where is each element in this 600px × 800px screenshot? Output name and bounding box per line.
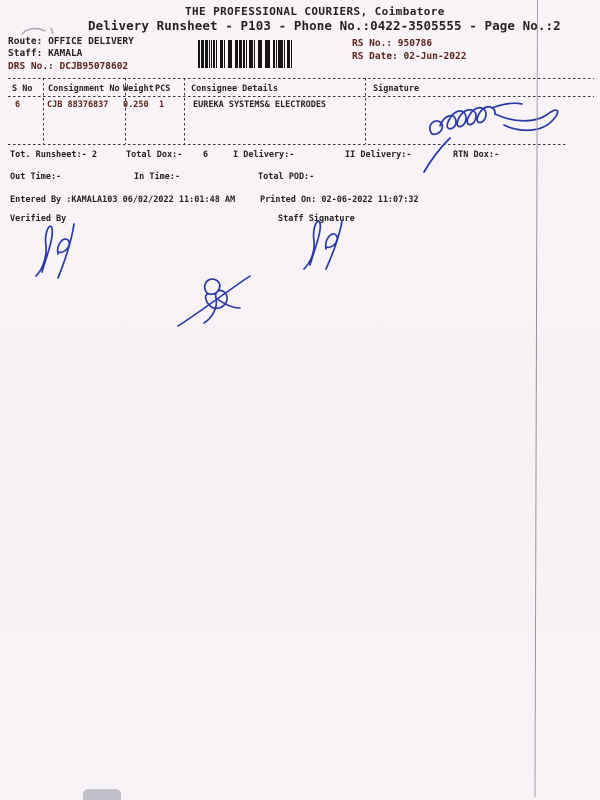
col-header-consignment-no: Consignment No: [48, 84, 120, 94]
route-line: Route: OFFICE DELIVERY: [8, 36, 134, 47]
tot-runsheet: Tot. Runsheet:- 2: [10, 150, 97, 160]
rtn-dox: RTN Dox:-: [453, 150, 499, 160]
cell-weight: 0.250: [123, 100, 149, 110]
drs-value: DCJB95078602: [60, 61, 129, 72]
scanned-delivery-runsheet: THE PROFESSIONAL COURIERS, Coimbatore De…: [0, 0, 600, 800]
col-header-s-no: S No: [12, 84, 32, 94]
staff-label: Staff:: [8, 48, 42, 59]
runsheet-title-line: Delivery Runsheet - P103 - Phone No.:042…: [88, 18, 561, 33]
staff-line: Staff: KAMALA: [8, 48, 82, 59]
col-header-consignee-details: Consignee Details: [191, 84, 278, 94]
rs-date-line: RS Date: 02-Jun-2022: [352, 51, 466, 62]
out-time: Out Time:-: [10, 172, 61, 182]
col-header-signature: Signature: [373, 84, 419, 94]
total-pod: Total POD:-: [258, 172, 314, 182]
rs-no-label: RS No.:: [352, 38, 392, 49]
rs-no-line: RS No.: 950786: [352, 38, 432, 49]
staff-value: KAMALA: [48, 48, 82, 59]
rs-date-label: RS Date:: [352, 51, 398, 62]
cell-consignment-no: CJB 88376837: [47, 100, 108, 110]
cell-s-no: 6: [15, 100, 20, 110]
extra-signature-ink-icon: [172, 268, 257, 330]
i-delivery: I Delivery:-: [233, 150, 294, 160]
drs-line: DRS No.: DCJB95078602: [8, 61, 128, 72]
runner-signature-ink-icon: [416, 98, 568, 176]
rs-no-value: 950786: [398, 38, 432, 49]
route-value: OFFICE DELIVERY: [48, 36, 134, 47]
verified-by-signature-ink-icon: [28, 220, 88, 280]
printed-on: Printed On: 02-06-2022 11:07:32: [260, 195, 419, 205]
staff-signature-ink-icon: [298, 217, 353, 272]
cell-pcs: 1: [159, 100, 164, 110]
route-label: Route:: [8, 36, 42, 47]
table-col-rule-4: [365, 78, 366, 144]
col-header-pcs: PCS: [155, 84, 170, 94]
total-dox-label: Total Dox:-: [126, 150, 182, 160]
barcode-icon: [198, 40, 293, 68]
gray-sticker-edge: [83, 789, 121, 800]
table-top-rule: [8, 78, 594, 79]
col-header-weight: Weight: [123, 84, 154, 94]
drs-label: DRS No.:: [8, 61, 54, 72]
company-title: THE PROFESSIONAL COURIERS, Coimbatore: [185, 5, 445, 18]
total-dox-value: 6: [203, 150, 208, 160]
cell-consignee: EUREKA SYSTEMS& ELECTRODES: [193, 100, 326, 110]
ii-delivery: II Delivery:-: [345, 150, 412, 160]
rs-date-value: 02-Jun-2022: [404, 51, 467, 62]
table-col-rule-3: [184, 78, 185, 144]
table-col-rule-1: [43, 78, 44, 144]
entered-by: Entered By :KAMALA103 06/02/2022 11:01:4…: [10, 195, 235, 205]
in-time: In Time:-: [134, 172, 180, 182]
